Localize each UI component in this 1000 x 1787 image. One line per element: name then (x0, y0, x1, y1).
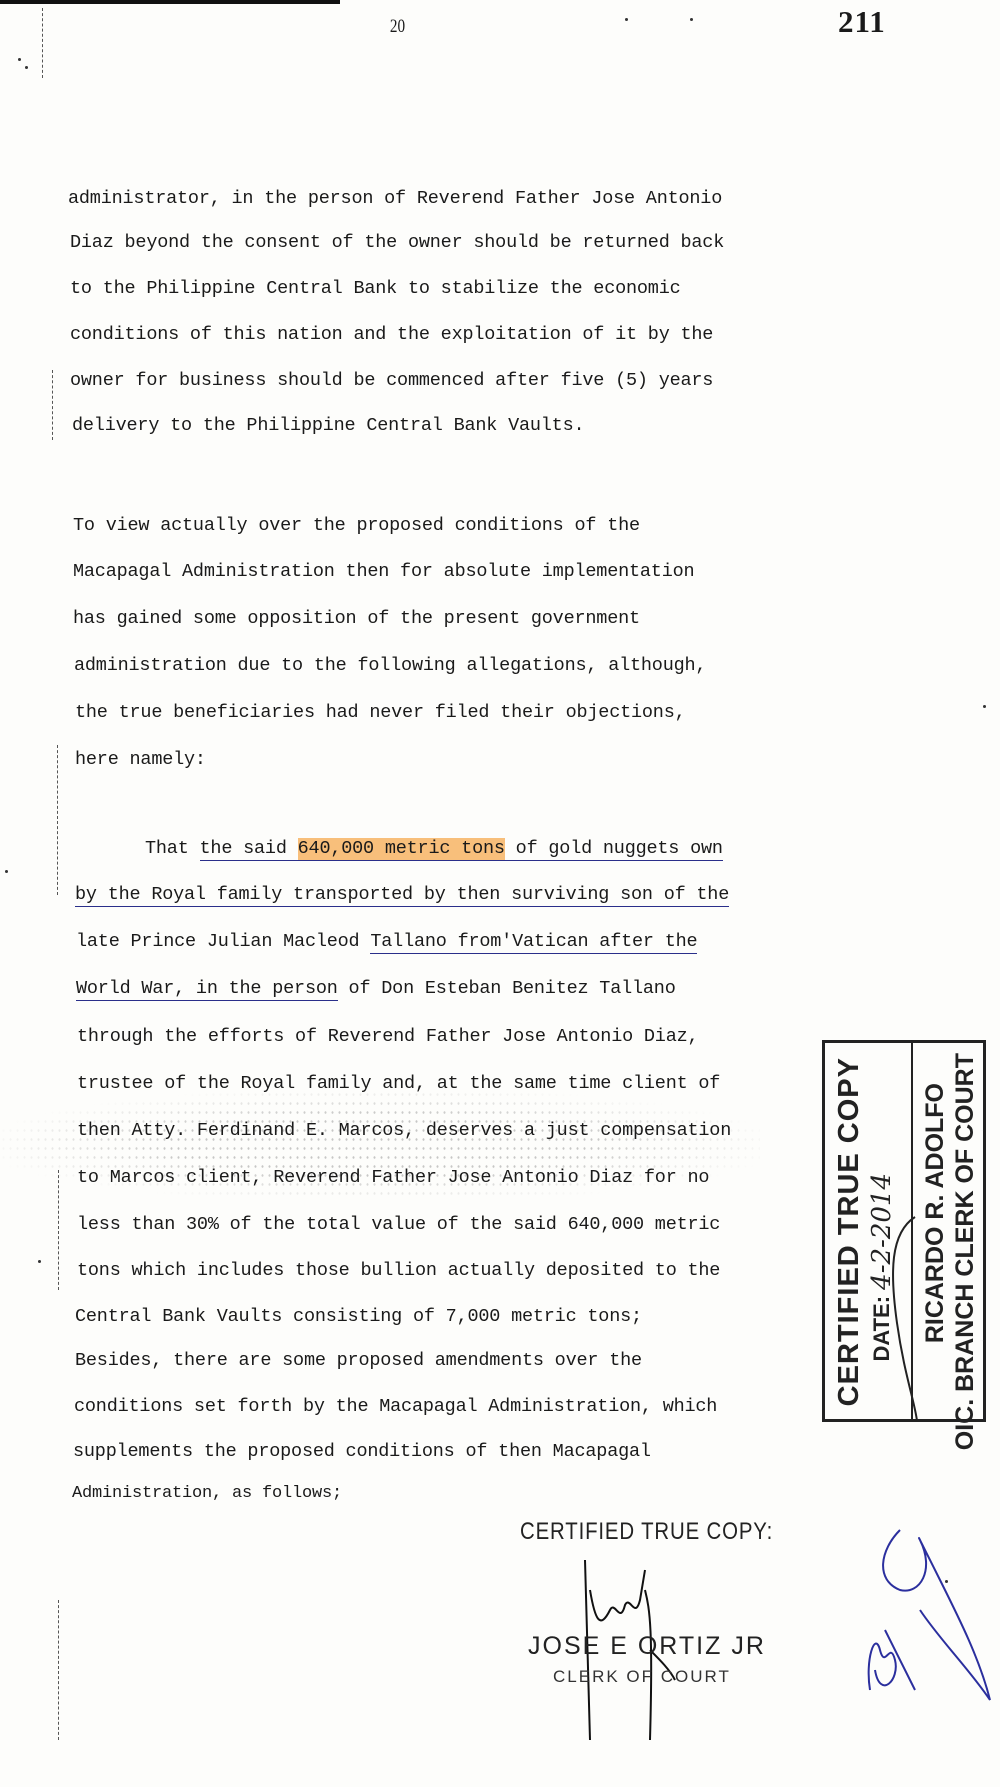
text-line: administrator, in the person of Reverend… (68, 188, 722, 209)
margin-rule (52, 370, 53, 440)
text-line: Administration, as follows; (72, 1484, 342, 1503)
page-number: 20 (390, 16, 405, 38)
stamp-title: CERTIFIED TRUE COPY (833, 1057, 866, 1406)
signatory-name: JOSE E ORTIZ JR (528, 1632, 766, 1661)
text-line: less than 30% of the total value of the … (77, 1214, 720, 1235)
speck (38, 1260, 41, 1263)
text-line: through the efforts of Reverend Father J… (77, 1026, 698, 1047)
text-line: Central Bank Vaults consisting of 7,000 … (75, 1306, 642, 1327)
text-line: Diaz beyond the consent of the owner sho… (70, 232, 724, 253)
text-line: Macapagal Administration then for absolu… (73, 561, 694, 582)
text-line-highlighted: That the said 640,000 metric tons of gol… (145, 838, 723, 859)
margin-rule (58, 1600, 59, 1740)
handwritten-underline: World War, in the person (76, 978, 338, 1001)
text-line: late Prince Julian Macleod Tallano from'… (76, 931, 697, 952)
text-plain: of Don Esteban Benitez Tallano (338, 978, 676, 999)
highlighted-text: 640,000 metric tons (298, 838, 505, 861)
text-plain: late Prince Julian Macleod (76, 931, 370, 952)
text-line: conditions set forth by the Macapagal Ad… (74, 1396, 717, 1417)
handwritten-underline: of gold nuggets own (505, 838, 723, 861)
handwritten-underline: the said (200, 838, 298, 861)
handwritten-underline: Tallano from'Vatican after the (370, 931, 697, 954)
speck (25, 66, 28, 69)
text-line: to Marcos client, Reverend Father Jose A… (77, 1167, 709, 1188)
blue-ink-initials (860, 1520, 1000, 1710)
text-line: owner for business should be commenced a… (70, 370, 713, 391)
text-line: administration due to the following alle… (74, 655, 706, 676)
text-line: has gained some opposition of the presen… (73, 608, 640, 629)
text-line: tons which includes those bullion actual… (77, 1260, 720, 1281)
folio-number: 211 (838, 4, 886, 40)
text-line: supplements the proposed conditions of t… (73, 1441, 651, 1462)
signatory-title: CLERK OF COURT (553, 1667, 731, 1687)
margin-rule (57, 745, 58, 895)
text-line: To view actually over the proposed condi… (73, 515, 640, 536)
scan-edge-bar (0, 0, 340, 4)
certified-true-copy-label: CERTIFIED TRUE COPY: (520, 1518, 773, 1546)
stamp-signature-stroke (885, 1213, 925, 1423)
text-line: World War, in the person of Don Esteban … (76, 978, 676, 999)
text-line: to the Philippine Central Bank to stabil… (70, 278, 681, 299)
text-line: the true beneficiaries had never filed t… (75, 702, 686, 723)
handwritten-underline: by the Royal family transported by then … (75, 884, 729, 907)
speck (18, 58, 21, 61)
margin-rule (42, 8, 43, 78)
speck (5, 870, 8, 873)
text-line: delivery to the Philippine Central Bank … (72, 415, 584, 436)
text-line: then Atty. Ferdinand E. Marcos, deserves… (77, 1120, 731, 1141)
speck (690, 18, 693, 21)
text-line: conditions of this nation and the exploi… (70, 324, 713, 345)
text-line: here namely: (75, 749, 206, 770)
text-line: Besides, there are some proposed amendme… (75, 1350, 642, 1371)
text-line: by the Royal family transported by then … (75, 884, 729, 905)
speck (625, 18, 628, 21)
speck (983, 705, 986, 708)
stamp-officer-name: RICARDO R. ADOLFO (921, 1083, 950, 1343)
text-line: trustee of the Royal family and, at the … (77, 1073, 720, 1094)
stamp-officer-title: OIC. BRANCH CLERK OF COURT (951, 1053, 980, 1450)
certified-true-copy-stamp: CERTIFIED TRUE COPY DATE: 4-2-2014 RICAR… (822, 1040, 986, 1422)
text-plain: That (145, 838, 200, 859)
